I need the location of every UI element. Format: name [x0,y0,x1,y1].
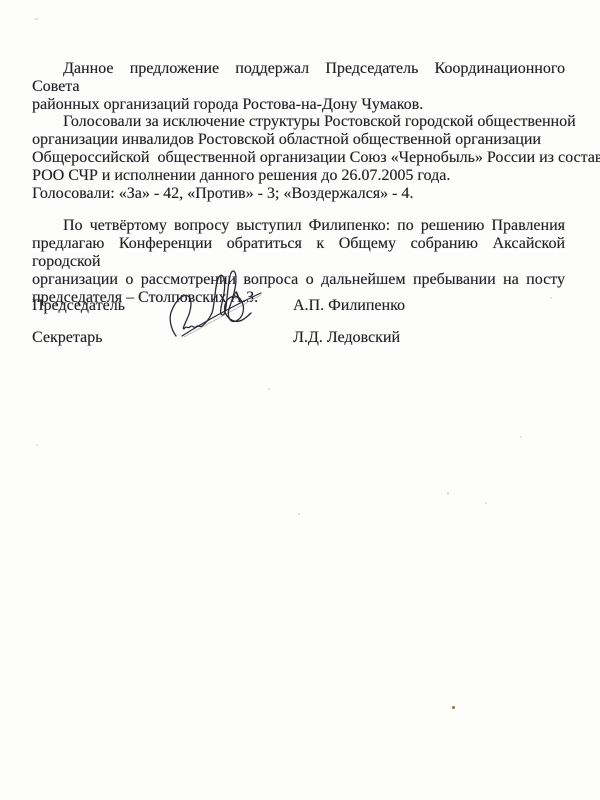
scan-speck [298,513,300,515]
text-line: Голосовали: «За» - 42, «Против» - 3; «Во… [32,185,565,203]
handwritten-signature [145,266,270,348]
text-line: районных организаций города Ростова-на-Д… [32,96,565,114]
document-body: Данное предложение поддержал Председател… [32,60,565,306]
scan-speck [520,436,522,438]
paragraph: Голосовали: «За» - 42, «Против» - 3; «Во… [32,185,565,203]
signature-row: ПредседательА.П. Филипенко [32,297,577,315]
paragraph: По четвёртому вопросу выступил Филипенко… [32,217,565,306]
scan-speck [550,297,552,299]
text-line: организации инвалидов Ростовской областн… [32,131,565,149]
scan-speck [485,502,487,504]
scan-speck [268,388,270,390]
scan-speck [36,444,38,446]
text-line: Данное предложение поддержал Председател… [32,60,565,96]
paragraph: Данное предложение поддержал Председател… [32,60,565,113]
text-line: Голосовали за исключение структуры Росто… [32,113,565,131]
text-line: организации о рассмотрении вопроса о дал… [32,271,565,289]
signatory-name: А.П. Филипенко [293,297,405,314]
scan-speck [447,492,449,495]
signatory-name: Л.Д. Ледовский [293,329,400,346]
text-line: По четвёртому вопросу выступил Филипенко… [32,217,565,235]
text-line: предлагаю Конференции обратиться к Общем… [32,235,565,271]
scan-speck [34,18,39,20]
paragraph: Голосовали за исключение структуры Росто… [32,113,565,184]
document-page: Данное предложение поддержал Председател… [0,0,600,800]
signature-row: СекретарьЛ.Д. Ледовский [32,329,577,347]
scan-speck [452,706,455,709]
text-line: РОО СЧР и исполнении данного решения до … [32,167,565,185]
text-line: Общероссийской общественной организации … [32,149,565,167]
